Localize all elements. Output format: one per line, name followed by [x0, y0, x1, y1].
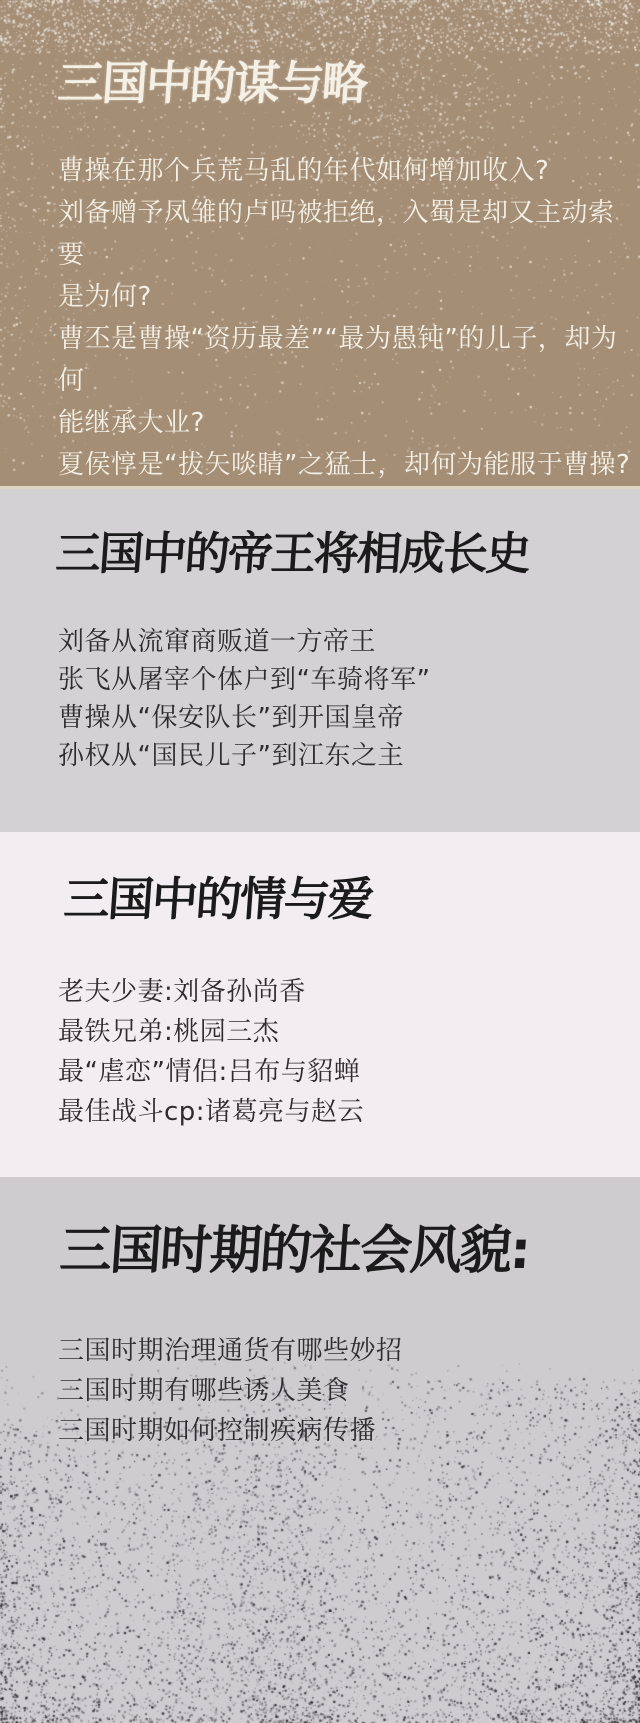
section-society-body: 三国时期治理通货有哪些妙招 三国时期有哪些诱人美食 三国时期如何控制疾病传播 — [58, 1331, 403, 1451]
section-society: 三国时期的社会风貌: 三国时期治理通货有哪些妙招 三国时期有哪些诱人美食 三国时… — [0, 1177, 640, 1723]
section-growth: 三国中的帝王将相成长史 刘备从流窜商贩道一方帝王 张飞从屠宰个体户到“车骑将军”… — [0, 489, 640, 832]
section-growth-body: 刘备从流窜商贩道一方帝王 张飞从屠宰个体户到“车骑将军” 曹操从“保安队长”到开… — [58, 623, 430, 775]
section-growth-title: 三国中的帝王将相成长史 — [54, 529, 530, 579]
section-love: 三国中的情与爱 老夫少妻:刘备孙尚香 最铁兄弟:桃园三杰 最“虐恋”情侣:吕布与… — [0, 832, 640, 1177]
section-strategy-title: 三国中的谋与略 — [56, 58, 368, 109]
section-strategy: 三国中的谋与略 曹操在那个兵荒马乱的年代如何增加收入? 刘备赠予凤雏的卢吗被拒绝… — [0, 0, 640, 486]
section-society-title: 三国时期的社会风貌: — [58, 1223, 531, 1280]
section-love-title: 三国中的情与爱 — [62, 874, 374, 925]
poster: 三国中的谋与略 曹操在那个兵荒马乱的年代如何增加收入? 刘备赠予凤雏的卢吗被拒绝… — [0, 0, 640, 1723]
section-strategy-body: 曹操在那个兵荒马乱的年代如何增加收入? 刘备赠予凤雏的卢吗被拒绝，入蜀是却又主动… — [58, 150, 640, 528]
section-love-body: 老夫少妻:刘备孙尚香 最铁兄弟:桃园三杰 最“虐恋”情侣:吕布与貂蝉 最佳战斗c… — [58, 972, 364, 1132]
